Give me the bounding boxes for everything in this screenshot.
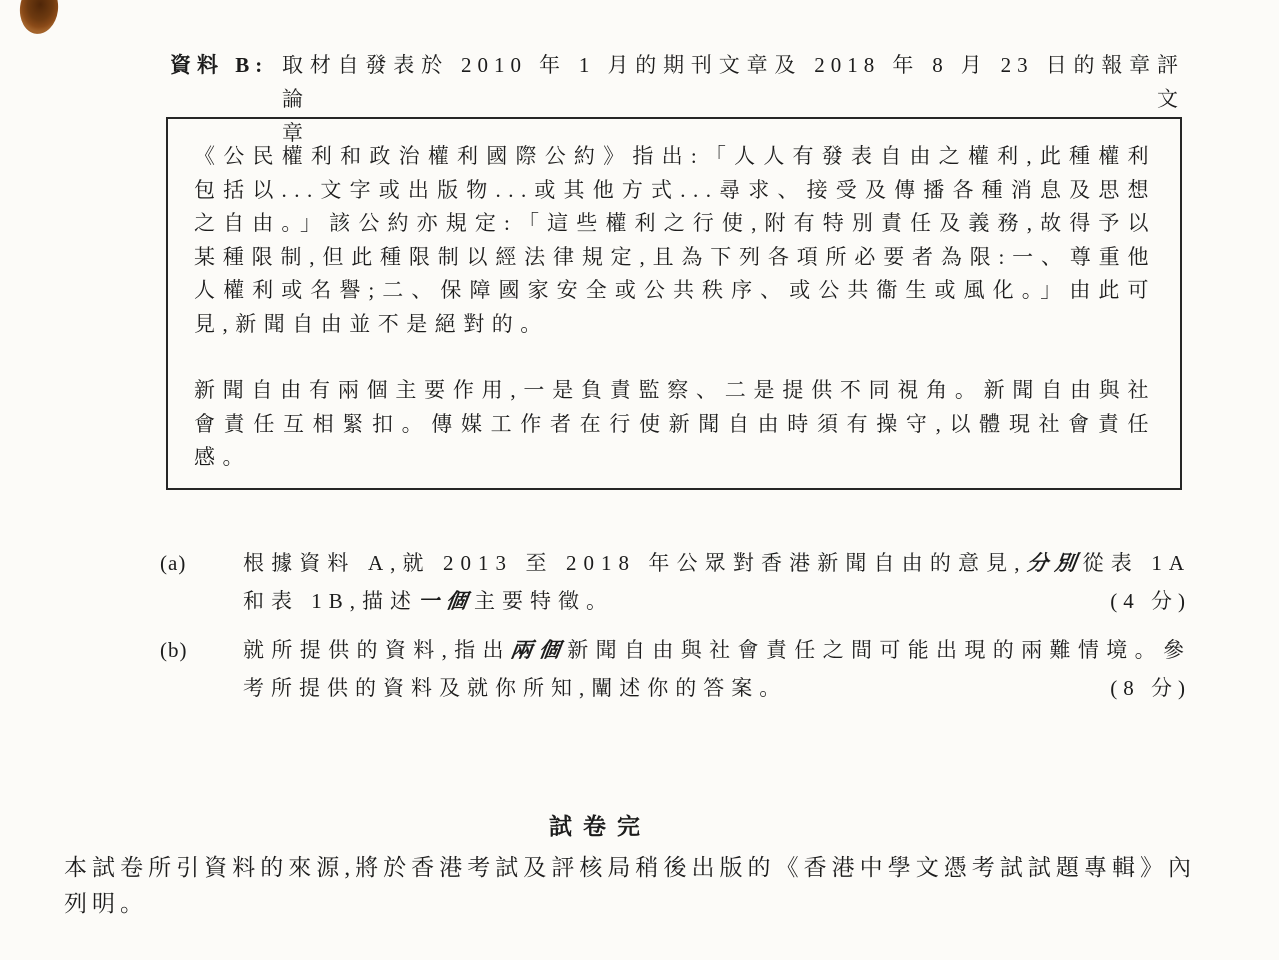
question-b: (b) (8 分) 就所提供的資料,指出兩個新聞自由與社會責任之間可能出現的兩難… bbox=[160, 631, 1191, 707]
exam-page: 資料 B: 取材自發表於 2010 年 1 月的期刊文章及 2018 年 8 月… bbox=[0, 0, 1279, 960]
source-b-heading-line1: 取材自發表於 2010 年 1 月的期刊文章及 2018 年 8 月 23 日的… bbox=[282, 48, 1184, 116]
question-text-run: 就所提供的資料,指出 bbox=[243, 638, 511, 662]
source-paragraph-1: 《公民權利和政治權利國際公約》指出:「人人有發表自由之權利,此種權利包括以...… bbox=[194, 140, 1156, 341]
question-emphasis: 兩個 bbox=[508, 631, 569, 669]
question-b-marks: (8 分) bbox=[1110, 669, 1191, 707]
question-b-label: (b) bbox=[160, 631, 243, 707]
question-a-marks: (4 分) bbox=[1110, 582, 1191, 620]
question-emphasis: 分別 bbox=[1024, 544, 1085, 582]
question-a-label: (a) bbox=[160, 544, 243, 620]
question-text-run: 主要特徵。 bbox=[474, 589, 614, 613]
question-emphasis: 一個 bbox=[415, 582, 476, 620]
source-b-text-box: 《公民權利和政治權利國際公約》指出:「人人有發表自由之權利,此種權利包括以...… bbox=[166, 117, 1182, 490]
question-text-run: 根據資料 A,就 2013 至 2018 年公眾對香港新聞自由的意見, bbox=[243, 551, 1027, 575]
source-paragraph-2: 新聞自由有兩個主要作用,一是負責監察、二是提供不同視角。新聞自由與社會責任互相緊… bbox=[194, 374, 1156, 475]
end-of-paper-note: 試卷完 bbox=[0, 812, 1200, 842]
question-a-text: (4 分) 根據資料 A,就 2013 至 2018 年公眾對香港新聞自由的意見… bbox=[243, 544, 1191, 620]
scan-smudge bbox=[17, 0, 61, 36]
footer-note: 本試卷所引資料的來源,將於香港考試及評核局稍後出版的《香港中學文憑考試試題專輯》… bbox=[64, 850, 1196, 921]
question-b-text: (8 分) 就所提供的資料,指出兩個新聞自由與社會責任之間可能出現的兩難情境。參… bbox=[243, 631, 1191, 707]
question-a: (a) (4 分) 根據資料 A,就 2013 至 2018 年公眾對香港新聞自… bbox=[160, 544, 1191, 620]
